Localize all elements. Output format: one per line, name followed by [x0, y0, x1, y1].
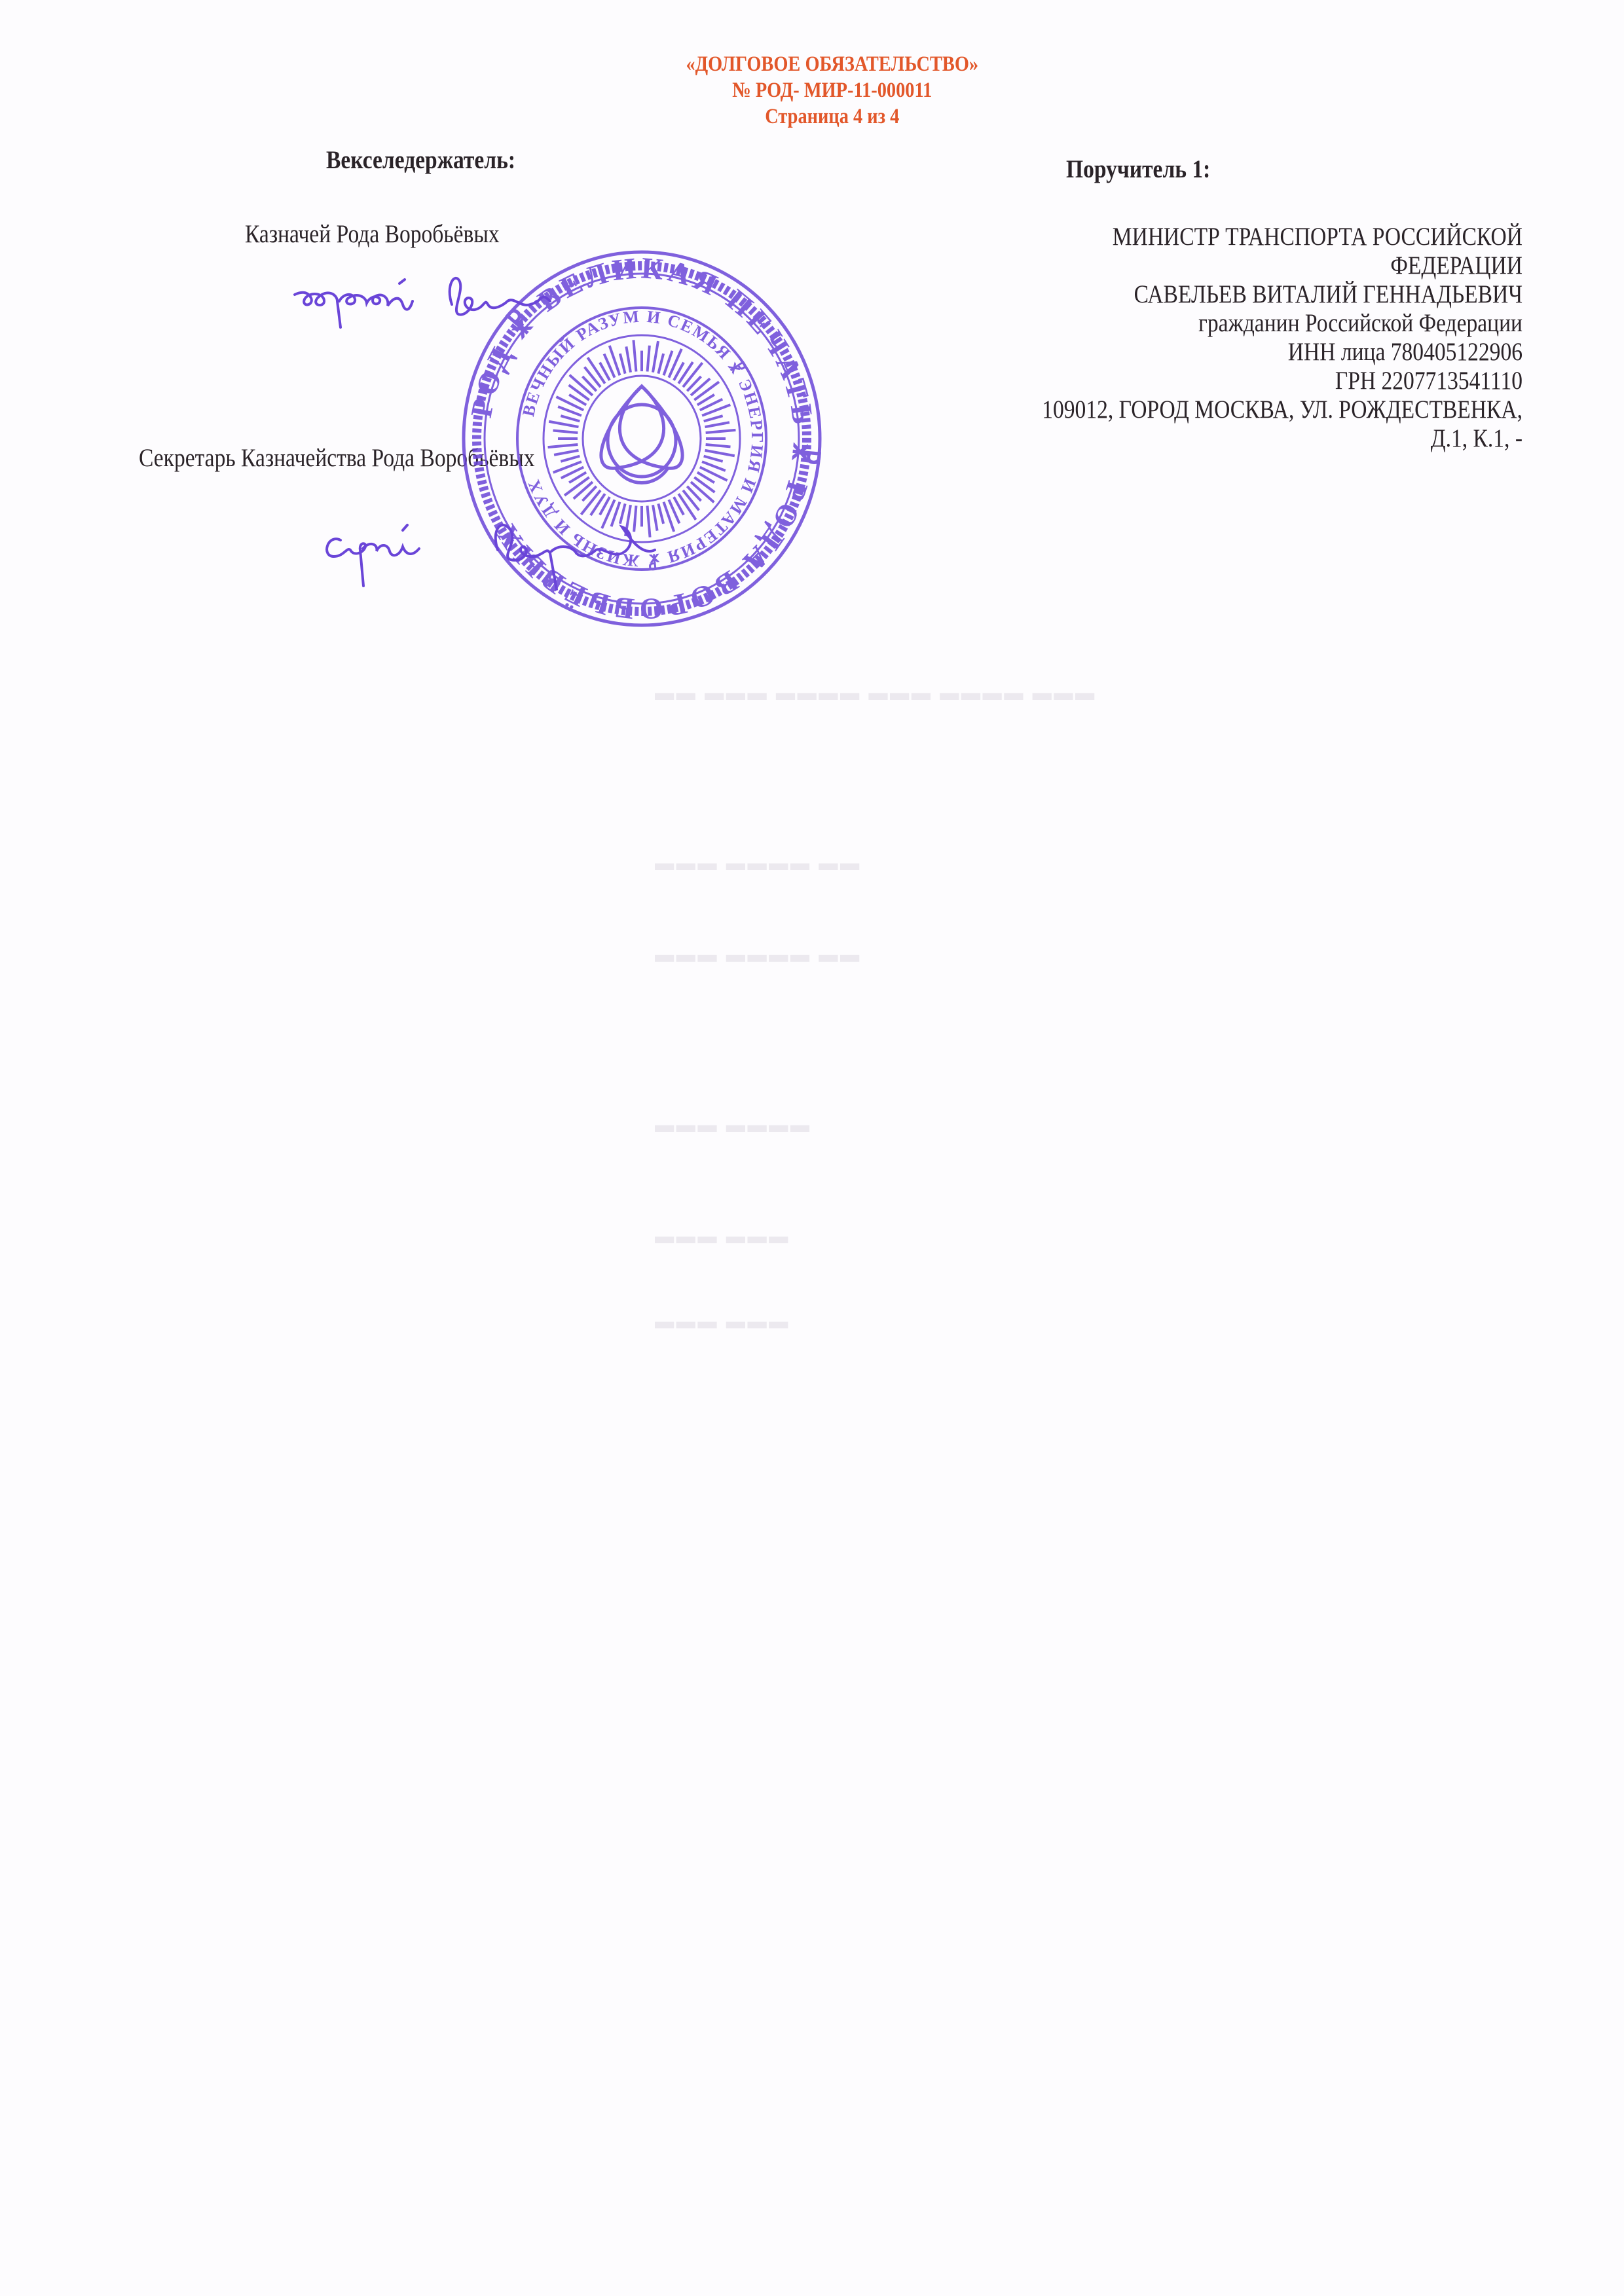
document-number: № РОД- МИР-11-000011 — [134, 77, 1530, 103]
guarantor-address-line-2: Д.1, К.1, - — [734, 424, 1522, 453]
page-indicator: Страница 4 из 4 — [134, 103, 1530, 130]
guarantor-grn: ГРН 2207713541110 — [734, 367, 1522, 395]
bill-holder-title: Векселедержатель: — [326, 145, 515, 175]
guarantor-position-line-2: ФЕДЕРАЦИИ — [734, 251, 1522, 280]
guarantor-details: МИНИСТР ТРАНСПОРТА РОССИЙСКОЙ ФЕДЕРАЦИИ … — [606, 223, 1522, 453]
guarantor-name: САВЕЛЬЕВ ВИТАЛИЙ ГЕННАДЬЕВИЧ — [734, 280, 1522, 309]
guarantor-title: Поручитель 1: — [1066, 155, 1210, 184]
guarantor-inn: ИНН лица 780405122906 — [734, 338, 1522, 367]
guarantor-citizenship: гражданин Российской Федерации — [734, 309, 1522, 338]
secretary-label: Секретарь Казначейства Рода Воробьёвых — [139, 443, 535, 473]
document-header: «ДОЛГОВОЕ ОБЯЗАТЕЛЬСТВО» № РОД- МИР-11-0… — [134, 51, 1530, 130]
guarantor-address-line-1: 109012, ГОРОД МОСКВА, УЛ. РОЖДЕСТВЕНКА, — [734, 395, 1522, 424]
treasurer-label: Казначей Рода Воробьёвых — [245, 219, 500, 249]
signature-treasurer — [288, 265, 629, 337]
document-title: «ДОЛГОВОЕ ОБЯЗАТЕЛЬСТВО» — [134, 51, 1530, 77]
guarantor-position-line-1: МИНИСТР ТРАНСПОРТА РОССИЙСКОЙ — [734, 223, 1522, 251]
signature-secretary — [314, 511, 747, 596]
